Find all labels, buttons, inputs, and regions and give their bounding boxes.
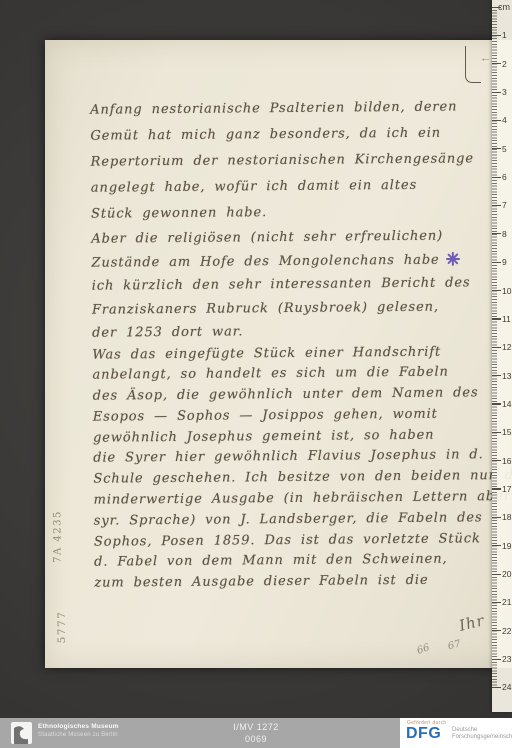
handwriting-line: Anfang nestorianische Psalterien bilden,… — [90, 94, 472, 123]
ruler-number: 2 — [502, 59, 512, 69]
ruler-cm-tick — [492, 602, 501, 603]
ruler-cm-tick — [492, 177, 501, 178]
ruler-cm-tick — [492, 403, 501, 404]
handwriting-line: Franziskaners Rubruck (Ruysbroek) gelese… — [92, 295, 474, 322]
purple-asterisk-mark — [445, 251, 461, 267]
handwriting-line: der 1253 dort war. — [92, 318, 474, 345]
ruler-cm-tick — [492, 432, 501, 433]
purple-arrow-mark: ← — [480, 53, 492, 63]
dfg-name-line1: Deutsche — [452, 727, 512, 734]
ruler-cm-tick — [492, 233, 501, 234]
ruler-number: 23 — [502, 654, 512, 664]
ruler-cm-tick — [492, 460, 501, 461]
handwriting-paragraph: Was das eingefügte Stück einer Handschri… — [92, 342, 476, 595]
ruler-number: 15 — [502, 427, 512, 437]
ruler-number: 10 — [502, 286, 512, 296]
handwriting-paragraph: Anfang nestorianische Psalterien bilden,… — [90, 38, 474, 227]
ruler-number: 4 — [502, 115, 512, 125]
ruler-number: 20 — [502, 569, 512, 579]
cm-ruler: cm 1234567891011121314151617181920212223… — [492, 0, 512, 712]
ruler-number: 14 — [502, 399, 512, 409]
handwriting-paragraph: Aber die religiösen (nicht sehr erfreuli… — [91, 224, 474, 345]
ruler-number: 24 — [502, 682, 512, 692]
ruler-number: 3 — [502, 87, 512, 97]
ruler-cm-tick — [492, 318, 501, 319]
ruler-cm-tick — [492, 517, 501, 518]
ruler-cm-tick — [492, 375, 501, 376]
handwriting-line: Stück gewonnen habe. — [91, 198, 473, 227]
ruler-number: 8 — [502, 229, 512, 239]
ruler-cm-tick — [492, 148, 501, 149]
vertical-shelfmark-upper: 7A 4235 — [53, 497, 64, 577]
ruler-cm-tick — [492, 35, 501, 36]
ruler-cm-tick — [492, 205, 501, 206]
ruler-cm-tick — [492, 290, 501, 291]
vertical-shelfmark-lower: 5777 — [56, 599, 68, 655]
ruler-number: 16 — [502, 456, 512, 466]
ruler-number: 7 — [502, 200, 512, 210]
ruler-number: 13 — [502, 371, 512, 381]
ruler-cm-tick — [492, 63, 501, 64]
handwriting-line: Repertorium der nestorianischen Kircheng… — [91, 146, 473, 175]
ruler-number: 22 — [502, 626, 512, 636]
signature-flourish: Ihr — [457, 611, 486, 635]
dfg-name: Deutsche Forschungsgemeinschaft — [452, 727, 512, 741]
handwriting-line: Zustände am Hofe des Mongolenchans habe — [91, 248, 473, 275]
handwriting-line: angelegt habe, wofür ich damit ein altes — [91, 172, 473, 201]
ruler-cm-tick — [492, 687, 501, 688]
manuscript-paper: Anfang nestorianische Psalterien bilden,… — [45, 40, 512, 668]
ruler-number: 9 — [502, 257, 512, 267]
ruler-cm-tick — [492, 545, 501, 546]
dfg-panel: Gefördert durch DFG Deutsche Forschungsg… — [400, 718, 512, 748]
pencil-number-left: 66 — [416, 642, 432, 657]
ruler-number: 19 — [502, 541, 512, 551]
pencil-number-right: 67 — [447, 639, 462, 653]
handwriting-line: Gemüt hat mich ganz besonders, da ich ei… — [90, 120, 472, 149]
ruler-number: 17 — [502, 484, 512, 494]
handwriting-line: ich kürzlich den sehr interessanten Beri… — [92, 271, 474, 298]
ruler-cm-tick — [492, 347, 501, 348]
ruler-cm-tick — [492, 7, 501, 8]
ruler-number: 21 — [502, 597, 512, 607]
ruler-number: 11 — [502, 314, 512, 324]
ruler-number: 12 — [502, 342, 512, 352]
handwriting-line: Esopos — Sophos — Josippos gehen, womit — [93, 404, 475, 428]
handwriting-line: syr. Sprache) von J. Landsberger, die Fa… — [94, 508, 476, 532]
ruler-cm-tick — [492, 120, 501, 121]
ruler-cm-tick — [492, 574, 501, 575]
dfg-logo: DFG — [406, 725, 441, 743]
ruler-cm-tick — [492, 630, 501, 631]
ruler-cm-tick — [492, 262, 501, 263]
ink-corner-bracket-mark — [465, 46, 481, 83]
ruler-cm-tick — [492, 488, 501, 489]
ruler-number: 18 — [502, 512, 512, 522]
ruler-cm-tick — [492, 659, 501, 660]
ruler-cm-tick — [492, 92, 501, 93]
ruler-number: 5 — [502, 144, 512, 154]
footer-bar: Ethnologisches Museum Staatliche Museen … — [0, 718, 512, 748]
ruler-number: 6 — [502, 172, 512, 182]
handwriting-line: Aber die religiösen (nicht sehr erfreuli… — [91, 224, 473, 251]
scan-viewport: Anfang nestorianische Psalterien bilden,… — [0, 0, 512, 748]
handwriting-block: Anfang nestorianische Psalterien bilden,… — [90, 38, 477, 594]
ruler-number: 1 — [502, 30, 512, 40]
handwriting-line: zum besten Ausgabe dieser Fabeln ist die — [94, 571, 476, 595]
dfg-name-line2: Forschungsgemeinschaft — [452, 734, 512, 741]
